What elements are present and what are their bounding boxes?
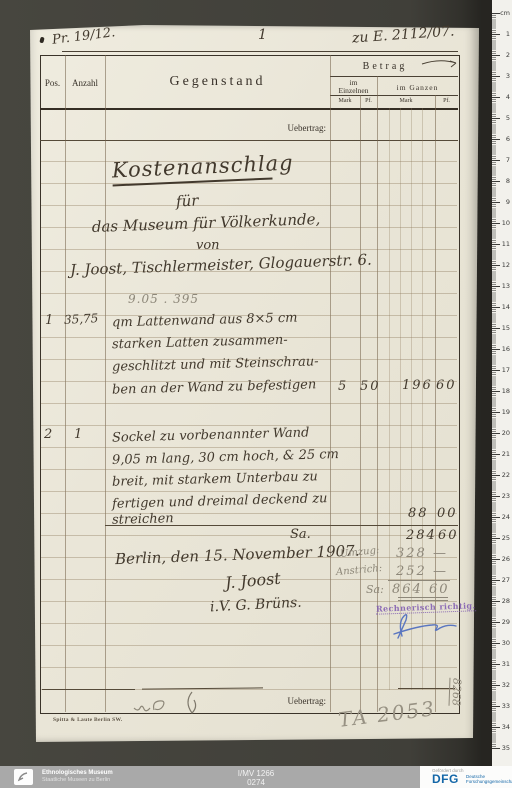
item1-anzahl: 35,75	[64, 311, 99, 327]
sum-pf: 60	[438, 528, 459, 543]
pencil-paren-mark	[182, 690, 200, 716]
header-pos: Pos.	[40, 78, 65, 88]
dfg-logo-box: Gefördert durch DFG Deutsche Forschungsg…	[420, 766, 512, 788]
annotation-page-number: 1	[258, 27, 267, 43]
item1-einzel-mark: 5	[338, 379, 348, 394]
ruler: cm12345678910111213141516171819202122232…	[492, 0, 512, 766]
header-pf2: Pf.	[435, 98, 458, 104]
dfg-name-line2: Forschungsgemeinschaft	[466, 779, 512, 784]
pencil-squiggle	[132, 698, 168, 714]
top-rule	[62, 51, 458, 52]
header-anzahl: Anzahl	[65, 78, 105, 88]
signature-squiggle	[388, 612, 460, 640]
header-pf1: Pf.	[360, 98, 377, 104]
betrag-swash	[420, 58, 460, 70]
pencil-total-underline1	[398, 597, 448, 598]
header-im-einzelnen: im Einzelnen	[330, 79, 377, 95]
item1-ganz-pf: 60	[436, 378, 457, 393]
header-mark1: Mark	[330, 98, 360, 104]
title-von: von	[196, 238, 220, 253]
subheader-underline	[330, 95, 458, 96]
header-im-ganzen: im Ganzen	[377, 83, 458, 92]
sum-label: Sa.	[290, 527, 311, 542]
printer-imprint: Spitta & Laute Berlin SW.	[53, 717, 123, 723]
item1-pos: 1	[45, 313, 53, 328]
pencil-sum-rule	[388, 580, 450, 581]
item2-anzahl: 1	[74, 427, 82, 442]
header-mark2: Mark	[377, 98, 435, 104]
item1-einzel-pf: 50	[360, 379, 381, 394]
closing-stroke-3	[398, 688, 455, 689]
pencil-total-label: Sa:	[366, 583, 384, 596]
item2-ganz-pf: 00	[437, 506, 458, 521]
scan-viewer: Pr. 19/12. 1 zu E. 2112/07. Pos. Anzahl …	[0, 0, 512, 788]
header-bottom-rule	[40, 108, 458, 110]
dfg-logo: DFG	[432, 772, 459, 786]
betrag-underline	[330, 76, 458, 77]
sum-rule	[105, 525, 458, 526]
footer-bar: Ethnologisches Museum Staatliche Museen …	[0, 766, 512, 788]
closing-stroke-1	[42, 689, 135, 690]
item2-ganz-mark: 88	[408, 506, 429, 521]
pencil-add1-value: 328 —	[396, 546, 448, 561]
uebertrag-top-label: Uebertrag:	[230, 123, 326, 133]
pencil-total-value: 864 60	[392, 582, 450, 597]
uebertrag-bottom-label: Uebertrag:	[230, 696, 326, 706]
pencil-vertical-number: 8268	[449, 678, 464, 706]
title-fuer: für	[176, 191, 199, 210]
item1-ganz-mark: 196	[402, 378, 433, 393]
uebertrag-row-rule	[40, 140, 458, 141]
pencil-add2-value: 252 —	[396, 564, 448, 579]
item2-pos: 2	[44, 427, 52, 442]
sum-mark: 284	[406, 528, 437, 543]
im-einzelnen-line2: Einzelnen	[330, 87, 377, 95]
pencil-calculation: 9.05 . 395	[128, 292, 199, 306]
header-gegenstand: Gegenstand	[105, 74, 330, 90]
